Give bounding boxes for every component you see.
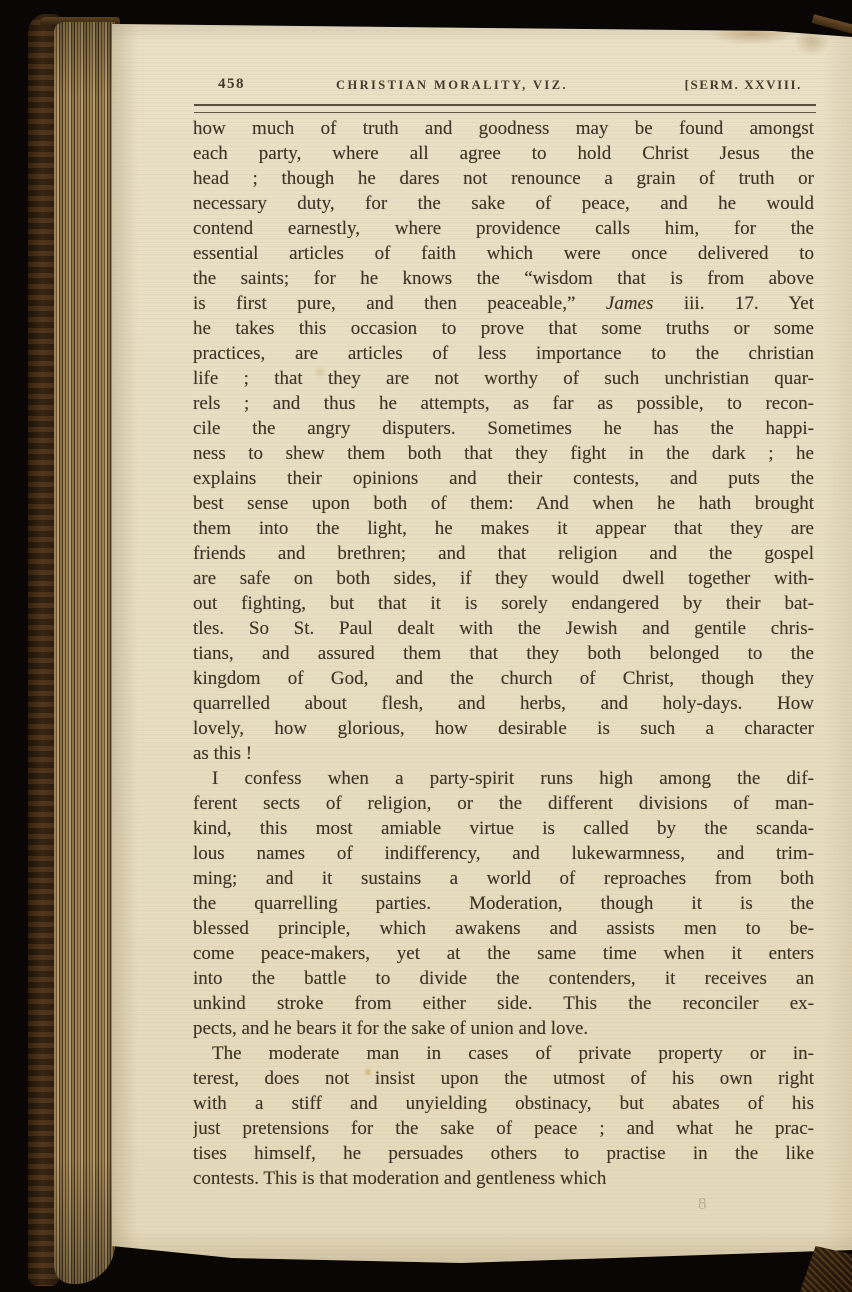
text-segment: I confess when a party-spirit runs high … — [212, 768, 814, 789]
text-segment: how much of truth and goodness may be fo… — [193, 118, 814, 139]
italic-text: James — [606, 293, 653, 314]
text-line: tians, and assured them that they both b… — [193, 641, 814, 666]
text-segment: iii. 17. Yet — [653, 293, 814, 314]
text-line: tles. So St. Paul dealt with the Jewish … — [193, 616, 814, 641]
text-segment: rels ; and thus he attempts, as far as p… — [193, 393, 814, 414]
text-segment: practices, are articles of less importan… — [193, 343, 814, 364]
text-segment: lous names of indifferency, and lukewarm… — [193, 843, 814, 864]
text-segment: blessed principle, which awakens and ass… — [193, 918, 814, 939]
text-segment: contests. This is that moderation and ge… — [193, 1168, 606, 1189]
text-line: kind, this most amiable virtue is called… — [193, 816, 814, 841]
text-line: ming; and it sustains a world of reproac… — [193, 866, 814, 891]
text-segment: kind, this most amiable virtue is called… — [193, 818, 814, 839]
text-segment: quarrelled about flesh, and herbs, and h… — [193, 693, 814, 714]
text-line: The moderate man in cases of private pro… — [193, 1041, 814, 1066]
text-segment: come peace-makers, yet at the same time … — [193, 943, 814, 964]
text-line: life ; that they are not worthy of such … — [193, 366, 814, 391]
text-segment: into the battle to divide the contenders… — [193, 968, 814, 989]
text-segment: tians, and assured them that they both b… — [193, 643, 814, 664]
text-segment: with a stiff and unyielding obstinacy, b… — [193, 1093, 814, 1114]
text-segment: The moderate man in cases of private pro… — [212, 1043, 814, 1064]
text-line: head ; though he dares not renounce a gr… — [193, 166, 814, 191]
show-through-mark: 8 — [698, 1194, 707, 1214]
text-segment: ness to shew them both that they fight i… — [193, 443, 814, 464]
text-line: lous names of indifferency, and lukewarm… — [193, 841, 814, 866]
text-segment: just pretensions for the sake of peace ;… — [193, 1118, 814, 1139]
text-segment: the quarrelling parties. Moderation, tho… — [193, 893, 814, 914]
text-segment: he takes this occasion to prove that som… — [193, 318, 814, 339]
text-line: out fighting, but that it is sorely enda… — [193, 591, 814, 616]
text-line: the quarrelling parties. Moderation, tho… — [193, 891, 814, 916]
text-line: ferent sects of religion, or the differe… — [193, 791, 814, 816]
sermon-number: [SERM. XXVIII. — [685, 77, 802, 93]
text-segment: each party, where all agree to hold Chri… — [193, 143, 814, 164]
text-line: kingdom of God, and the church of Christ… — [193, 666, 814, 691]
text-segment: the saints; for he knows the “wisdom tha… — [193, 268, 814, 289]
text-line: lovely, how glorious, how desirable is s… — [193, 716, 814, 741]
text-line: as this ! — [193, 741, 814, 766]
text-line: terest, does not insist upon the utmost … — [193, 1066, 814, 1091]
book-page: 458 CHRISTIAN MORALITY, VIZ. [SERM. XXVI… — [112, 22, 852, 1264]
text-segment: terest, does not insist upon the utmost … — [193, 1068, 814, 1089]
stacked-page-edges — [54, 22, 115, 1284]
text-line: explains their opinions and their contes… — [193, 466, 814, 491]
text-line: quarrelled about flesh, and herbs, and h… — [193, 691, 814, 716]
text-segment: them into the light, he makes it appear … — [193, 518, 814, 539]
text-line: each party, where all agree to hold Chri… — [193, 141, 814, 166]
text-line: practices, are articles of less importan… — [193, 341, 814, 366]
text-line: into the battle to divide the contenders… — [193, 966, 814, 991]
text-segment: tises himself, he persuades others to pr… — [193, 1143, 814, 1164]
text-segment: ming; and it sustains a world of reproac… — [193, 868, 814, 889]
text-segment: best sense upon both of them: And when h… — [193, 493, 814, 514]
text-line: he takes this occasion to prove that som… — [193, 316, 814, 341]
text-line: best sense upon both of them: And when h… — [193, 491, 814, 516]
text-line: are safe on both sides, if they would dw… — [193, 566, 814, 591]
text-segment: life ; that they are not worthy of such … — [193, 368, 814, 389]
text-segment: is first pure, and then peaceable,” — [193, 293, 606, 314]
text-line: with a stiff and unyielding obstinacy, b… — [193, 1091, 814, 1116]
text-segment: kingdom of God, and the church of Christ… — [193, 668, 814, 689]
text-block: how much of truth and goodness may be fo… — [193, 116, 814, 1191]
header-rule — [194, 104, 816, 113]
text-segment: ferent sects of religion, or the differe… — [193, 793, 814, 814]
text-line: pects, and he bears it for the sake of u… — [193, 1016, 814, 1041]
text-segment: friends and brethren; and that religion … — [193, 543, 814, 564]
text-line: necessary duty, for the sake of peace, a… — [193, 191, 814, 216]
text-segment: out fighting, but that it is sorely enda… — [193, 593, 814, 614]
text-line: them into the light, he makes it appear … — [193, 516, 814, 541]
text-line: just pretensions for the sake of peace ;… — [193, 1116, 814, 1141]
text-segment: contend earnestly, where providence call… — [193, 218, 814, 239]
text-line: cile the angry disputers. Sometimes he h… — [193, 416, 814, 441]
text-line: blessed principle, which awakens and ass… — [193, 916, 814, 941]
paragraph: I confess when a party-spirit runs high … — [193, 766, 814, 1041]
adjacent-cover-sliver — [812, 14, 852, 35]
text-segment: essential articles of faith which were o… — [193, 243, 814, 264]
page-header: 458 CHRISTIAN MORALITY, VIZ. [SERM. XXVI… — [112, 74, 852, 98]
cover-corner-bottom-right — [800, 1246, 852, 1292]
text-segment: as this ! — [193, 743, 252, 764]
text-line: contests. This is that moderation and ge… — [193, 1166, 814, 1191]
text-line: tises himself, he persuades others to pr… — [193, 1141, 814, 1166]
text-segment: head ; though he dares not renounce a gr… — [193, 168, 814, 189]
text-segment: tles. So St. Paul dealt with the Jewish … — [193, 618, 814, 639]
text-segment: cile the angry disputers. Sometimes he h… — [193, 418, 814, 439]
text-line: contend earnestly, where providence call… — [193, 216, 814, 241]
text-segment: are safe on both sides, if they would dw… — [193, 568, 814, 589]
text-line: come peace-makers, yet at the same time … — [193, 941, 814, 966]
paragraph: The moderate man in cases of private pro… — [193, 1041, 814, 1191]
text-line: the saints; for he knows the “wisdom tha… — [193, 266, 814, 291]
text-line: essential articles of faith which were o… — [193, 241, 814, 266]
paragraph: how much of truth and goodness may be fo… — [193, 116, 814, 766]
text-line: is first pure, and then peaceable,” Jame… — [193, 291, 814, 316]
text-segment: explains their opinions and their contes… — [193, 468, 814, 489]
text-line: I confess when a party-spirit runs high … — [193, 766, 814, 791]
text-line: how much of truth and goodness may be fo… — [193, 116, 814, 141]
text-line: unkind stroke from either side. This the… — [193, 991, 814, 1016]
text-segment: unkind stroke from either side. This the… — [193, 993, 814, 1014]
text-line: friends and brethren; and that religion … — [193, 541, 814, 566]
text-segment: necessary duty, for the sake of peace, a… — [193, 193, 814, 214]
text-line: rels ; and thus he attempts, as far as p… — [193, 391, 814, 416]
text-line: ness to shew them both that they fight i… — [193, 441, 814, 466]
text-segment: lovely, how glorious, how desirable is s… — [193, 718, 814, 739]
text-segment: pects, and he bears it for the sake of u… — [193, 1018, 588, 1039]
